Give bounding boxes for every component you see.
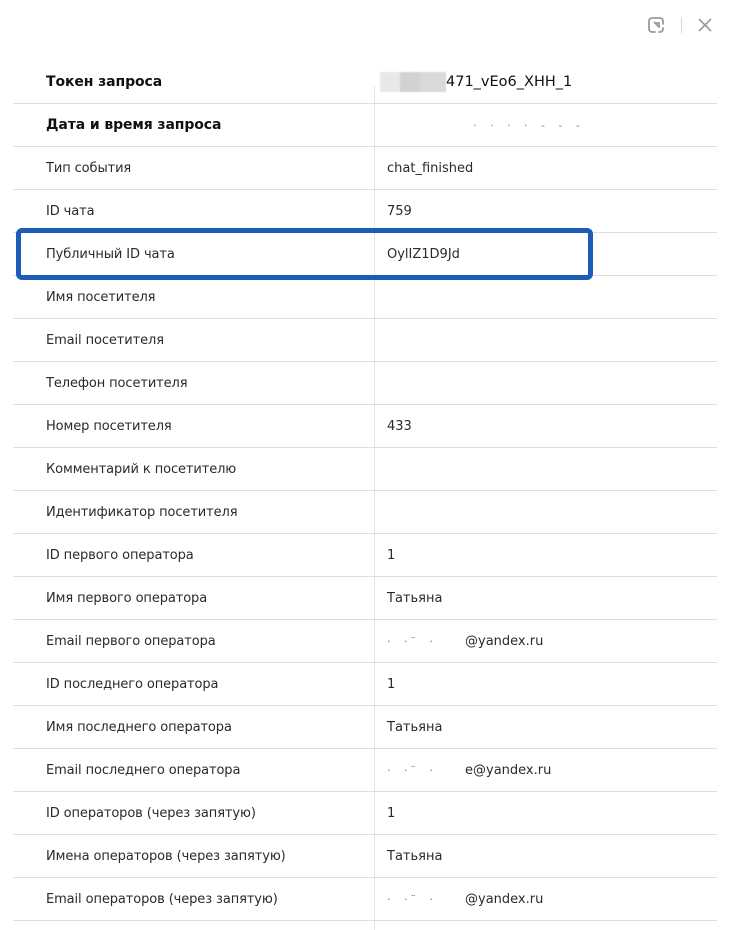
row-label: Тип события	[46, 161, 131, 176]
table-row: Публичный ID чатаOylIZ1D9Jd	[13, 233, 717, 276]
toolbar-divider	[681, 17, 682, 33]
table-row: Номер посетителя433	[13, 405, 717, 448]
row-value: chat_finished	[387, 161, 473, 176]
row-label: Номер посетителя	[46, 419, 172, 434]
table-row: Дата и время запроса· · · · - - -	[13, 104, 717, 147]
table-row: Имя последнего оператораТатьяна	[13, 706, 717, 749]
table-row: ID чата759	[13, 190, 717, 233]
row-value-text: Татьяна	[387, 849, 442, 864]
row-label: Комментарий к посетителю	[46, 462, 236, 477]
table-row: ID последнего оператора1	[13, 663, 717, 706]
table-row: ID первого оператора1	[13, 534, 717, 577]
row-value: Татьяна	[387, 849, 442, 864]
row-value-text: chat_finished	[387, 161, 473, 176]
row-label: Имена операторов (через запятую)	[46, 849, 286, 864]
row-value: · · · · - - -	[387, 117, 585, 133]
row-label: Email последнего оператора	[46, 763, 240, 778]
row-label: Имя посетителя	[46, 290, 155, 305]
row-label: Имя первого оператора	[46, 591, 207, 606]
row-value-text: Татьяна	[387, 591, 442, 606]
row-value-text: 1	[387, 548, 395, 563]
row-value-text: e@yandex.ru	[465, 763, 551, 778]
table-row: Имена операторов (через запятую)Татьяна	[13, 835, 717, 878]
row-label: Токен запроса	[46, 74, 162, 90]
redacted-block: · · ̈ ·	[387, 764, 465, 777]
table-row: Имя первого оператораТатьяна	[13, 577, 717, 620]
table-row: Email последнего оператора· · ̈ ·e@yande…	[13, 749, 717, 792]
row-label: Email операторов (через запятую)	[46, 892, 278, 907]
row-label: Идентификатор посетителя	[46, 505, 237, 520]
row-value-text: 1	[387, 806, 395, 821]
redacted-block	[380, 72, 446, 92]
row-value: OylIZ1D9Jd	[387, 247, 460, 262]
row-value-text: 1	[387, 677, 395, 692]
row-label: Имя последнего оператора	[46, 720, 232, 735]
row-label: ID чата	[46, 204, 94, 219]
row-label: Email первого оператора	[46, 634, 216, 649]
row-value: 759	[387, 204, 412, 219]
table-row: Телефон посетителя	[13, 362, 717, 405]
row-value-text: 471_vEo6_XHH_1	[446, 74, 572, 90]
close-icon[interactable]	[694, 14, 716, 36]
request-details-table: Токен запроса471_vEo6_XHH_1Дата и время …	[13, 61, 717, 921]
row-value: Татьяна	[387, 720, 442, 735]
row-value: 1	[387, 548, 395, 563]
external-open-icon[interactable]	[645, 14, 667, 36]
row-label: Телефон посетителя	[46, 376, 187, 391]
row-value-text: 759	[387, 204, 412, 219]
row-value: 433	[387, 419, 412, 434]
table-row: Email первого оператора· · ̈ ·@yandex.ru	[13, 620, 717, 663]
table-row: Email операторов (через запятую)· · ̈ ·@…	[13, 878, 717, 921]
table-row: Идентификатор посетителя	[13, 491, 717, 534]
redacted-block: · · ̈ ·	[387, 635, 465, 648]
table-row: Email посетителя	[13, 319, 717, 362]
row-value: · · ̈ ·e@yandex.ru	[387, 763, 551, 778]
row-label: Публичный ID чата	[46, 247, 175, 262]
row-label: Дата и время запроса	[46, 117, 221, 133]
row-value: 471_vEo6_XHH_1	[387, 72, 572, 92]
row-value-text: @yandex.ru	[465, 892, 543, 907]
row-label: ID последнего оператора	[46, 677, 218, 692]
row-value-text: OylIZ1D9Jd	[387, 247, 460, 262]
row-value-text: @yandex.ru	[465, 634, 543, 649]
redacted-block: · · ̈ ·	[387, 893, 465, 906]
panel-toolbar	[645, 14, 716, 36]
row-value: Татьяна	[387, 591, 442, 606]
row-value: · · ̈ ·@yandex.ru	[387, 892, 543, 907]
table-row: Токен запроса471_vEo6_XHH_1	[13, 61, 717, 104]
table-row: Тип событияchat_finished	[13, 147, 717, 190]
table-row: ID операторов (через запятую)1	[13, 792, 717, 835]
row-value-text: 433	[387, 419, 412, 434]
row-label: ID первого оператора	[46, 548, 194, 563]
row-label: Email посетителя	[46, 333, 164, 348]
row-value: 1	[387, 677, 395, 692]
table-row: Имя посетителя	[13, 276, 717, 319]
table-row: Комментарий к посетителю	[13, 448, 717, 491]
row-value: 1	[387, 806, 395, 821]
redacted-block: · · · · - - -	[473, 119, 585, 132]
row-label: ID операторов (через запятую)	[46, 806, 256, 821]
row-value: · · ̈ ·@yandex.ru	[387, 634, 543, 649]
row-value-text: Татьяна	[387, 720, 442, 735]
